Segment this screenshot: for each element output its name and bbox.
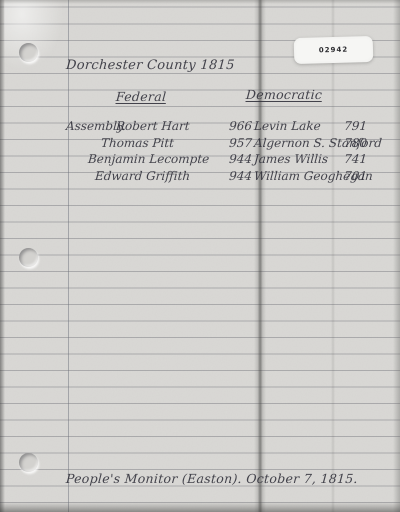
- democratic-votes: 741: [340, 152, 368, 166]
- democratic-candidate: Levin Lake: [254, 119, 322, 133]
- page-title: Dorchester County 1815: [65, 58, 235, 73]
- result-row: Assembly. Robert Hart 966 Levin Lake 791: [0, 119, 400, 136]
- federal-votes: 944: [226, 152, 253, 166]
- catalog-number-sticker: 02942: [294, 36, 374, 64]
- result-row: Edward Griffith 944 William Geoghegan 70…: [0, 169, 400, 186]
- federal-votes: 944: [226, 169, 253, 183]
- margin-line: [68, 0, 69, 512]
- scan-edge-top: [0, 0, 400, 4]
- faint-crease: [331, 0, 335, 512]
- fold-crease: [254, 0, 266, 512]
- catalog-number: 02942: [319, 46, 349, 55]
- federal-candidate: Thomas Pitt: [101, 136, 175, 150]
- scanned-notebook-page: 02942 Dorchester County 1815 Federal Dem…: [0, 0, 400, 512]
- federal-candidate: Benjamin Lecompte: [88, 152, 210, 166]
- ruled-lines: [0, 0, 400, 512]
- punch-hole-bottom: [19, 453, 38, 472]
- scan-edge-left: [0, 0, 5, 512]
- paper-grain-texture: [0, 0, 400, 512]
- federal-candidate: Edward Griffith: [95, 169, 191, 183]
- result-row: Thomas Pitt 957 Algernon S. Stanford 780: [0, 136, 400, 153]
- punch-hole-middle: [19, 248, 38, 267]
- column-header-federal: Federal: [115, 89, 166, 104]
- democratic-votes: 701: [340, 169, 368, 183]
- result-row: Benjamin Lecompte 944 James Willis 741: [0, 152, 400, 169]
- democratic-candidate: James Willis: [254, 152, 329, 166]
- scan-edge-bottom: [0, 502, 400, 512]
- scan-edge-right: [393, 0, 400, 512]
- democratic-votes: 780: [340, 136, 368, 150]
- democratic-votes: 791: [340, 119, 368, 133]
- column-header-democratic: Democratic: [245, 87, 322, 102]
- federal-votes: 957: [226, 136, 253, 150]
- punch-hole-top: [19, 43, 38, 62]
- source-citation: People's Monitor (Easton). October 7, 18…: [65, 471, 358, 486]
- federal-votes: 966: [226, 119, 253, 133]
- federal-candidate: Robert Hart: [116, 119, 191, 133]
